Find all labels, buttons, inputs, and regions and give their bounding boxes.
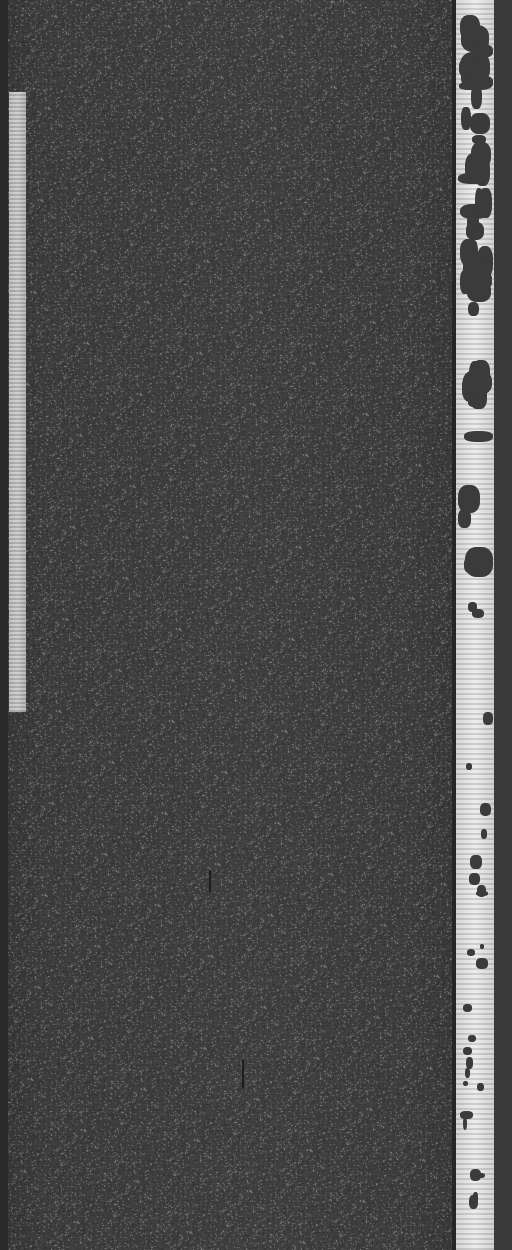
- wear-patch: [468, 397, 480, 406]
- wear-patch: [464, 557, 477, 572]
- wear-patch: [467, 214, 479, 231]
- wear-patch: [469, 873, 480, 885]
- asphalt-crack: [242, 1060, 244, 1088]
- wear-patch: [468, 302, 479, 316]
- wear-patch: [464, 29, 479, 46]
- wear-patch: [466, 763, 473, 770]
- left-lane-dash-marking: [9, 92, 26, 712]
- wear-patch: [463, 257, 490, 278]
- wear-patch: [463, 1004, 472, 1012]
- wear-patch: [479, 188, 492, 218]
- wear-patch: [477, 1173, 485, 1178]
- wear-patch: [480, 803, 491, 816]
- wear-patch: [473, 1192, 478, 1203]
- wear-patch: [467, 949, 475, 956]
- wear-patch: [470, 855, 482, 869]
- wear-patch: [477, 1083, 484, 1091]
- wear-patch: [463, 1117, 467, 1130]
- wear-patch: [476, 958, 488, 968]
- wear-patch: [464, 431, 493, 442]
- wear-patch: [465, 1068, 470, 1078]
- wear-patch: [463, 58, 476, 64]
- wear-patch: [472, 135, 486, 144]
- wear-patch: [466, 1057, 473, 1069]
- wear-patch: [458, 509, 471, 528]
- wear-patch: [471, 120, 486, 128]
- road-left-shoulder: [0, 0, 8, 1250]
- wear-patch: [472, 360, 490, 387]
- asphalt-crack: [209, 870, 211, 892]
- wear-patch: [472, 609, 484, 618]
- wear-patch: [468, 1035, 476, 1042]
- wear-patch: [483, 712, 493, 724]
- wear-patch: [471, 142, 491, 168]
- wear-patch: [481, 829, 487, 838]
- road-right-shoulder: [494, 0, 512, 1250]
- wear-patch: [461, 107, 470, 130]
- wear-patch: [465, 75, 493, 90]
- wear-patch: [476, 891, 488, 895]
- asphalt-texture: [0, 0, 512, 1250]
- wear-patch: [460, 1111, 472, 1119]
- road-scene: [0, 0, 512, 1250]
- wear-patch: [458, 173, 488, 184]
